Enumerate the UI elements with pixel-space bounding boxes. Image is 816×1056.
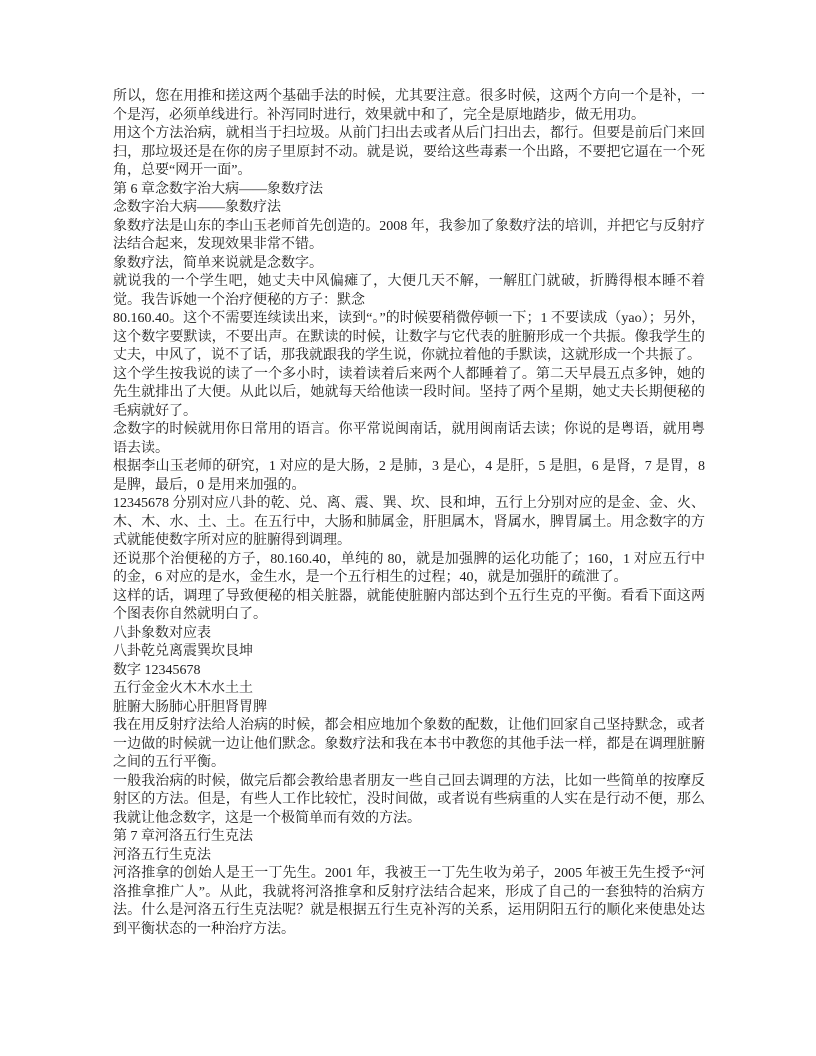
body-paragraph: 象数疗法，简单来说就是念数字。 — [113, 255, 705, 274]
body-paragraph: 根据李山玉老师的研究，1 对应的是大肠，2 是肺，3 是心，4 是肝，5 是胆，… — [113, 458, 705, 495]
body-paragraph: 一般我治病的时候，做完后都会教给患者朋友一些自己回去调理的方法，比如一些简单的按… — [113, 773, 705, 829]
body-paragraph: 这个学生按我说的读了一个多小时，读着读着后来两个人都睡着了。第二天早晨五点多钟，… — [113, 366, 705, 422]
body-paragraph: 象数疗法是山东的李山玉老师首先创造的。2008 年，我参加了象数疗法的培训，并把… — [113, 218, 705, 255]
body-paragraph: 用这个方法治病，就相当于扫垃圾。从前门扫出去或者从后门扫出去，都行。但要是前后门… — [113, 125, 705, 181]
table-row-wuxing: 五行金金火木木水土土 — [113, 680, 705, 699]
section-title-xiangshu: 念数字治大病——象数疗法 — [113, 199, 705, 218]
document-text-block: 所以，您在用推和搓这两个基础手法的时候，尤其要注意。很多时候，这两个方向一个是补… — [113, 88, 705, 939]
section-title-heluo: 河洛五行生克法 — [113, 847, 705, 866]
body-paragraph: 12345678 分别对应八卦的乾、兑、离、震、巽、坎、艮和坤，五行上分别对应的… — [113, 495, 705, 551]
chapter-7-title: 第 7 章河洛五行生克法 — [113, 828, 705, 847]
body-paragraph: 河洛推拿的创始人是王一丁先生。2001 年，我被王一丁先生收为弟子，2005 年… — [113, 865, 705, 939]
body-paragraph: 就说我的一个学生吧，她丈夫中风偏瘫了，大便几天不解，一解肛门就破，折腾得根本睡不… — [113, 273, 705, 310]
body-paragraph: 这样的话，调理了导致便秘的相关脏器，就能使脏腑内部达到个五行生克的平衡。看看下面… — [113, 588, 705, 625]
table-title: 八卦象数对应表 — [113, 625, 705, 644]
chapter-6-title: 第 6 章念数字治大病——象数疗法 — [113, 181, 705, 200]
table-row-shuzi: 数字 12345678 — [113, 662, 705, 681]
table-row-zangfu: 脏腑大肠肺心肝胆肾胃脾 — [113, 699, 705, 718]
body-paragraph: 所以，您在用推和搓这两个基础手法的时候，尤其要注意。很多时候，这两个方向一个是补… — [113, 88, 705, 125]
body-paragraph: 我在用反射疗法给人治病的时候，都会相应地加个象数的配数，让他们回家自己坚持默念，… — [113, 717, 705, 773]
table-row-bagua: 八卦乾兑离震巽坎艮坤 — [113, 643, 705, 662]
document-page: 所以，您在用推和搓这两个基础手法的时候，尤其要注意。很多时候，这两个方向一个是补… — [0, 0, 816, 1056]
body-paragraph: 还说那个治便秘的方子，80.160.40，单纯的 80，就是加强脾的运化功能了；… — [113, 551, 705, 588]
body-paragraph: 80.160.40。这个不需要连续读出来，读到“。”的时候要稍微停顿一下；1 不… — [113, 310, 705, 366]
body-paragraph: 念数字的时候就用你日常用的语言。你平常说闽南话，就用闽南话去读；你说的是粤语，就… — [113, 421, 705, 458]
